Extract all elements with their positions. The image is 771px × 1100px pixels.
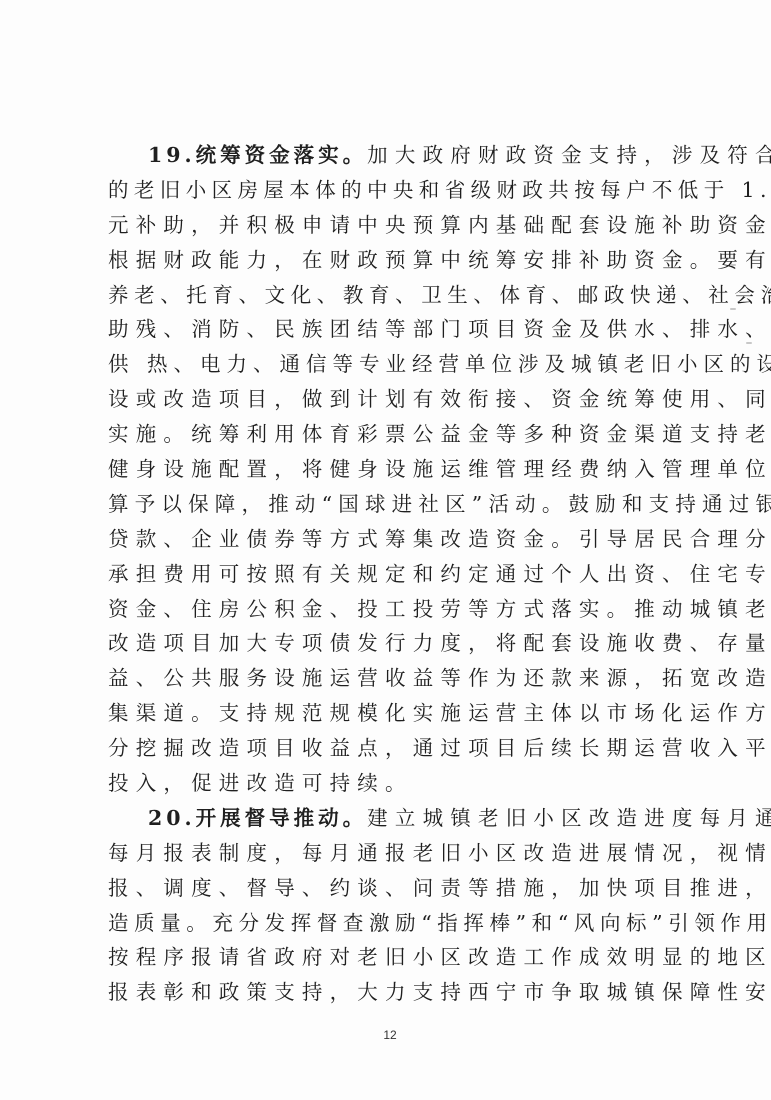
text-line: 益、公共服务设施运营收益等作为还款来源，拓宽改造资金筹 [108,661,704,696]
text-line: 建立城镇老旧小区改造进度每月通报和 [367,806,771,830]
text-line: 承担费用可按照有关规定和约定通过个人出资、住宅专项维修 [108,557,704,592]
text-line: 加大政府财政资金支持，涉及符合条件 [367,143,771,167]
text-line: 投入，促进改造可持续。 [108,766,704,801]
text-line: 按程序报请省政府对老旧小区改造工作成效明显的地区进行通 [108,940,704,975]
text-line: 每月报表制度，每月通报老旧小区改造进展情况，视情采取通 [108,836,704,871]
text-line: 改造项目加大专项债发行力度，将配套设施收费、存量资产收 [108,626,704,661]
text-line: 供 热、电力、通信等专业经营单位涉及城镇老旧小区的设施增 [108,347,704,382]
document-page: 19.统筹资金落实。加大政府财政资金支持，涉及符合条件 的老旧小区房屋本体的中央… [0,0,771,1100]
text-line: 资金、住房公积金、投工投劳等方式落实。推动城镇老旧小区 [108,592,704,627]
section-heading-19: 19.统筹资金落实。 [148,143,367,167]
text-line: 设或改造项目，做到计划有效衔接、资金统筹使用、同步推进 [108,382,704,417]
scan-artifact [730,308,736,310]
text-line: 造质量。充分发挥督查激励“指挥棒”和“风向标”引领作用， [108,906,704,941]
text-line: 养老、托育、文化、教育、卫生、体育、邮政快递、社会治安、 [108,278,704,313]
text-line: 报、调度、督导、约谈、问责等措施，加快项目推进，提升改 [108,871,704,906]
text-line: 元补助，并积极申请中央预算内基础配套设施补助资金。各地 [108,208,704,243]
text-line: 实施。统筹利用体育彩票公益金等多种资金渠道支持老旧小区 [108,417,704,452]
page-number: 12 [370,1028,410,1042]
text-line: 的老旧小区房屋本体的中央和省级财政共按每户不低于 1.5 万 [108,173,704,208]
text-line: 分挖掘改造项目收益点，通过项目后续长期运营收入平衡改造 [108,731,704,766]
text-line: 算予以保障，推动“国球进社区”活动。鼓励和支持通过银行 [108,487,704,522]
text-line: 报表彰和政策支持，大力支持西宁市争取城镇保障性安居工程 [108,975,704,1010]
paragraph-20-first-line: 20.开展督导推动。建立城镇老旧小区改造进度每月通报和 [108,801,704,836]
text-line: 助残、消防、民族团结等部门项目资金及供水、排水、供气、 [108,312,704,347]
text-line: 贷款、企业债券等方式筹集改造资金。引导居民合理分担，所 [108,522,704,557]
paragraph-19-first-line: 19.统筹资金落实。加大政府财政资金支持，涉及符合条件 [108,138,704,173]
section-heading-20: 20.开展督导推动。 [148,806,367,830]
text-line: 集渠道。支持规范规模化实施运营主体以市场化运作方式，充 [108,696,704,731]
text-line: 根据财政能力，在财政预算中统筹安排补助资金。要有效整合 [108,243,704,278]
document-body: 19.统筹资金落实。加大政府财政资金支持，涉及符合条件 的老旧小区房屋本体的中央… [108,138,704,1010]
text-line: 健身设施配置，将健身设施运维管理经费纳入管理单位年度预 [108,452,704,487]
scan-artifact [746,342,752,344]
scan-artifact [730,264,736,266]
